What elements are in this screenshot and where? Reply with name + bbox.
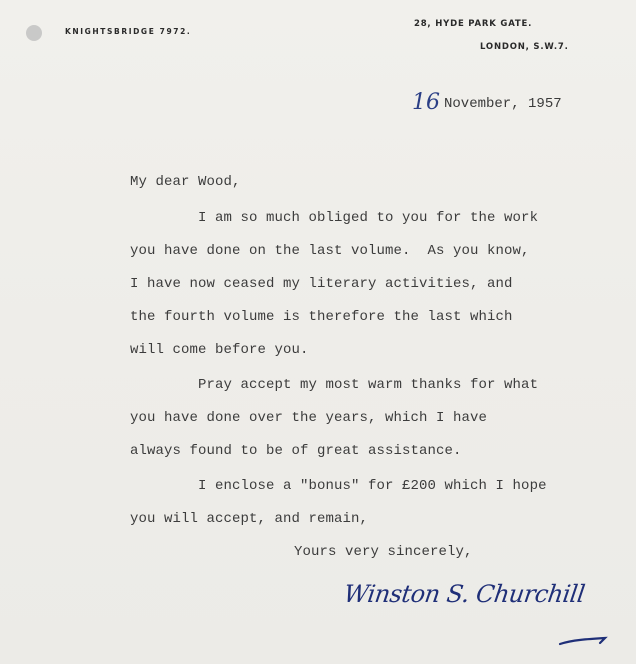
letter-date: 16November, 1957: [412, 90, 562, 115]
signature-flourish-icon: [558, 632, 608, 648]
body-line: you have done on the last volume. As you…: [130, 243, 530, 259]
date-day-handwritten: 16: [412, 90, 440, 115]
date-month-year: November, 1957: [444, 96, 562, 112]
signature: Winston S. Churchill: [342, 580, 586, 608]
body-line: the fourth volume is therefore the last …: [130, 309, 513, 325]
letterhead-address-line-2: LONDON, S.W.7.: [480, 42, 569, 52]
body-line: you will accept, and remain,: [130, 511, 368, 527]
body-line: you have done over the years, which I ha…: [130, 410, 487, 426]
letterhead-address-line-1: 28, HYDE PARK GATE.: [414, 19, 532, 29]
letter-page: KNIGHTSBRIDGE 7972. 28, HYDE PARK GATE. …: [0, 0, 636, 664]
body-line: I have now ceased my literary activities…: [130, 276, 513, 292]
body-line: Pray accept my most warm thanks for what: [130, 377, 538, 393]
salutation: My dear Wood,: [130, 174, 241, 190]
closing: Yours very sincerely,: [294, 544, 473, 560]
punch-hole: [26, 25, 42, 41]
body-line: always found to be of great assistance.: [130, 443, 462, 459]
body-line: will come before you.: [130, 342, 309, 358]
body-line: I am so much obliged to you for the work: [130, 210, 538, 226]
body-line: I enclose a "bonus" for £200 which I hop…: [130, 478, 547, 494]
letterhead-phone: KNIGHTSBRIDGE 7972.: [65, 27, 191, 36]
